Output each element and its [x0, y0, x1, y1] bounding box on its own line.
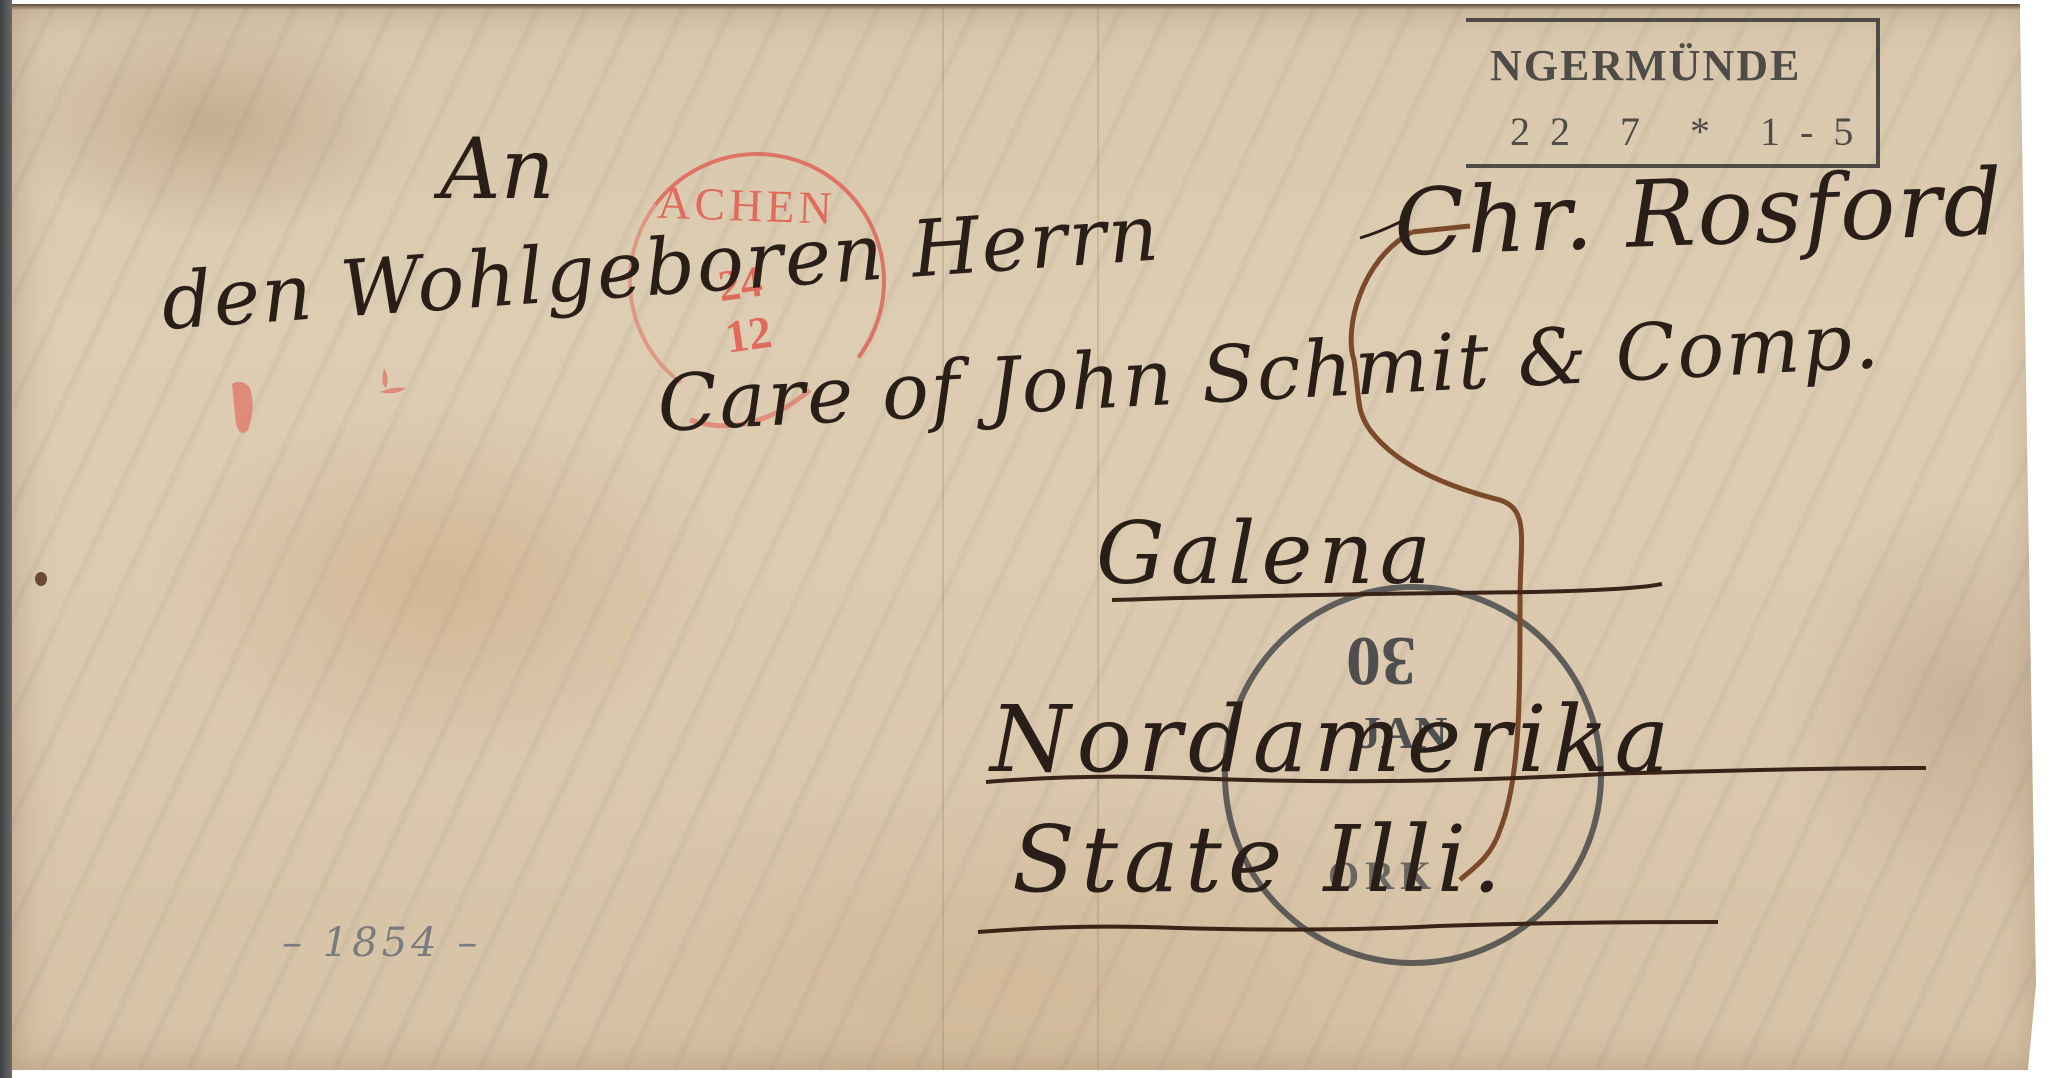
postmark-date: 22 7 * 1-5 [1510, 108, 1873, 155]
fold-line [942, 4, 944, 1070]
address-line-state: State Illi. [1012, 806, 1507, 913]
postmark-town: NGERMÜNDE [1490, 40, 1801, 91]
address-line-city: Galena [1096, 504, 1437, 604]
pencil-year-annotation: – 1854 – [282, 920, 481, 966]
framed-postmark: NGERMÜNDE 22 7 * 1-5 [1466, 18, 1880, 168]
address-line-an: An [440, 120, 555, 218]
address-line-recipient: Chr. Rosford [1392, 149, 2006, 277]
scanner-edge [0, 0, 12, 1078]
paper-hole [35, 572, 47, 586]
address-line-country: Nordamerika [990, 686, 1675, 793]
envelope-top-edge [12, 4, 2036, 10]
